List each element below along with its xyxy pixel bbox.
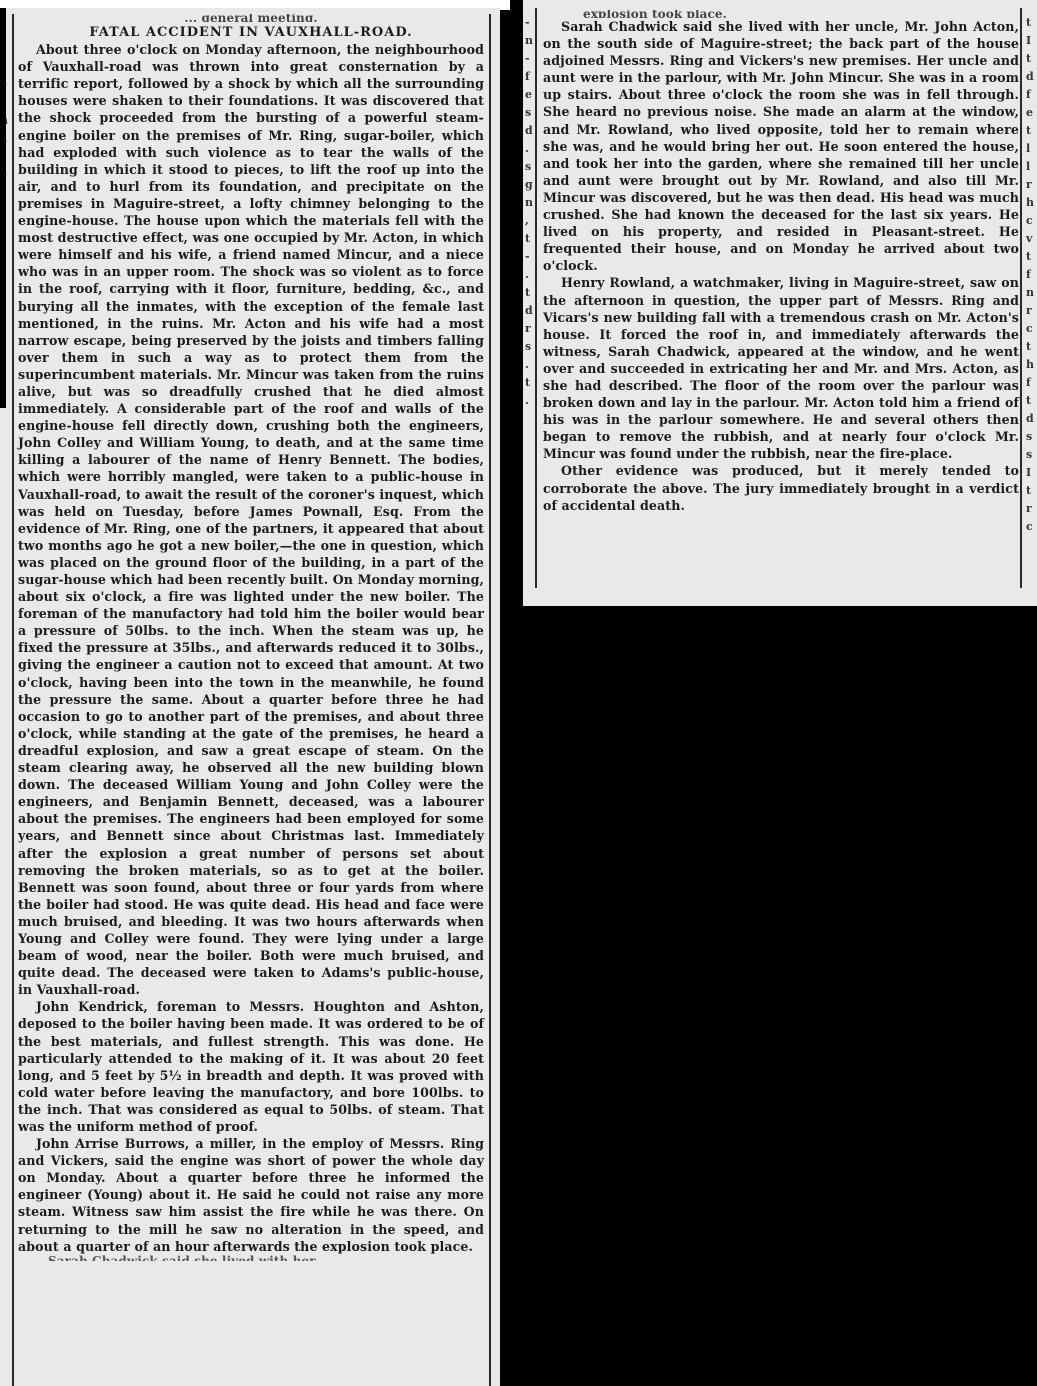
article-paragraph-4: Sarah Chadwick said she lived with her u… — [543, 18, 1019, 274]
article-paragraph-2: John Kendrick, foreman to Messrs. Hought… — [18, 998, 484, 1135]
newspaper-clipping-right: - n - f e s d . s g n , t - . t d r s . … — [523, 0, 1037, 606]
column-rule-left — [535, 8, 537, 588]
column-rule-right — [489, 14, 491, 1386]
scan-edge — [0, 8, 6, 408]
article-column-left: ... general meeting. FATAL ACCIDENT IN V… — [18, 18, 484, 1261]
article-headline: FATAL ACCIDENT IN VAUXHALL-ROAD. — [18, 24, 484, 41]
article-paragraph-5: Henry Rowland, a watchmaker, living in M… — [543, 274, 1019, 462]
adjacent-column-fragment-right: t I t d f e t l l r h c v t f n r c t h … — [1026, 14, 1036, 584]
column-rule-right — [1020, 8, 1022, 588]
column-rule-left — [12, 14, 14, 1386]
next-paragraph-cut: Sarah Chadwick said she lived with her — [48, 1255, 484, 1261]
article-paragraph-1: About three o'clock on Monday afternoon,… — [18, 41, 484, 998]
scan-background — [500, 606, 1037, 1386]
article-paragraph-6: Other evidence was produced, but it mere… — [543, 462, 1019, 513]
article-paragraph-3: John Arrise Burrows, a miller, in the em… — [18, 1135, 484, 1255]
previous-article-tail: ... general meeting. — [18, 14, 484, 22]
previous-paragraph-tail: explosion took place. — [583, 10, 1019, 18]
article-column-right: explosion took place. Sarah Chadwick sai… — [543, 14, 1019, 514]
newspaper-clipping-left: s r - e f n a t e i s . ... general meet… — [0, 8, 500, 1386]
adjacent-column-fragment-between: - n - f e s d . s g n , t - . t d r s . … — [525, 14, 535, 434]
